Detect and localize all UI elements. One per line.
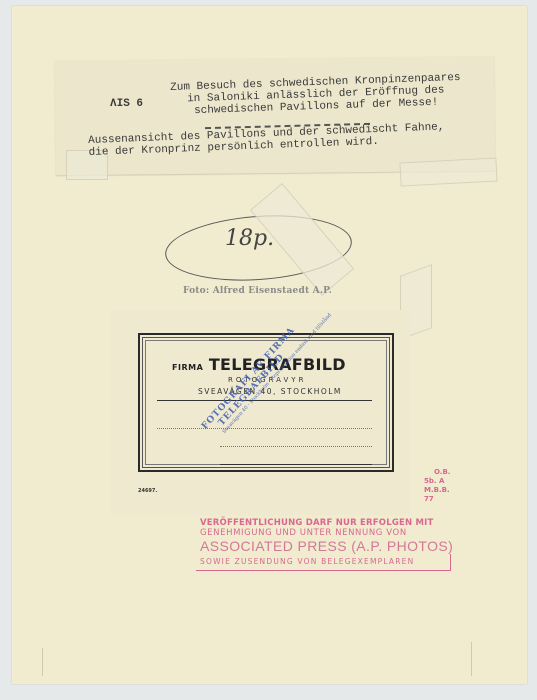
- label-line: [157, 400, 372, 401]
- agency-address: SVEAVÄGEN 40, STOCKHOLM: [198, 387, 342, 396]
- bild-number: ɅIS 6: [110, 99, 143, 110]
- red-stamp-line: 77: [424, 495, 450, 504]
- ap-stamp-line-2: GENEHMIGUNG UND UNTER NENNUNG VON: [200, 528, 453, 538]
- tape-strip: [399, 157, 497, 186]
- red-small-stamp: O.B. 5b. A M.B.B. 77: [424, 468, 450, 504]
- label-dotted-line: [220, 446, 372, 447]
- red-stamp-line: M.B.B.: [424, 486, 450, 495]
- associated-press-stamp: VERÖFFENTLICHUNG DARF NUR ERFOLGEN MIT G…: [200, 518, 453, 566]
- red-stamp-line: 5b. A: [424, 477, 450, 486]
- label-dotted-line: [157, 428, 372, 429]
- print-number: 24697.: [138, 488, 157, 494]
- ap-stamp-line-3: ASSOCIATED PRESS (A.P. PHOTOS): [200, 538, 453, 554]
- label-line: [220, 464, 372, 465]
- red-stamp-line: O.B.: [434, 468, 450, 477]
- ap-stamp-line-1: VERÖFFENTLICHUNG DARF NUR ERFOLGEN MIT: [200, 518, 453, 528]
- photo-credit: Foto: Alfred Eisenstaedt A.P.: [183, 286, 332, 296]
- corner-mark: [471, 642, 472, 676]
- corner-mark: [42, 648, 43, 676]
- ap-stamp-border: [196, 554, 451, 571]
- firma-prefix: FIRMA: [172, 363, 203, 372]
